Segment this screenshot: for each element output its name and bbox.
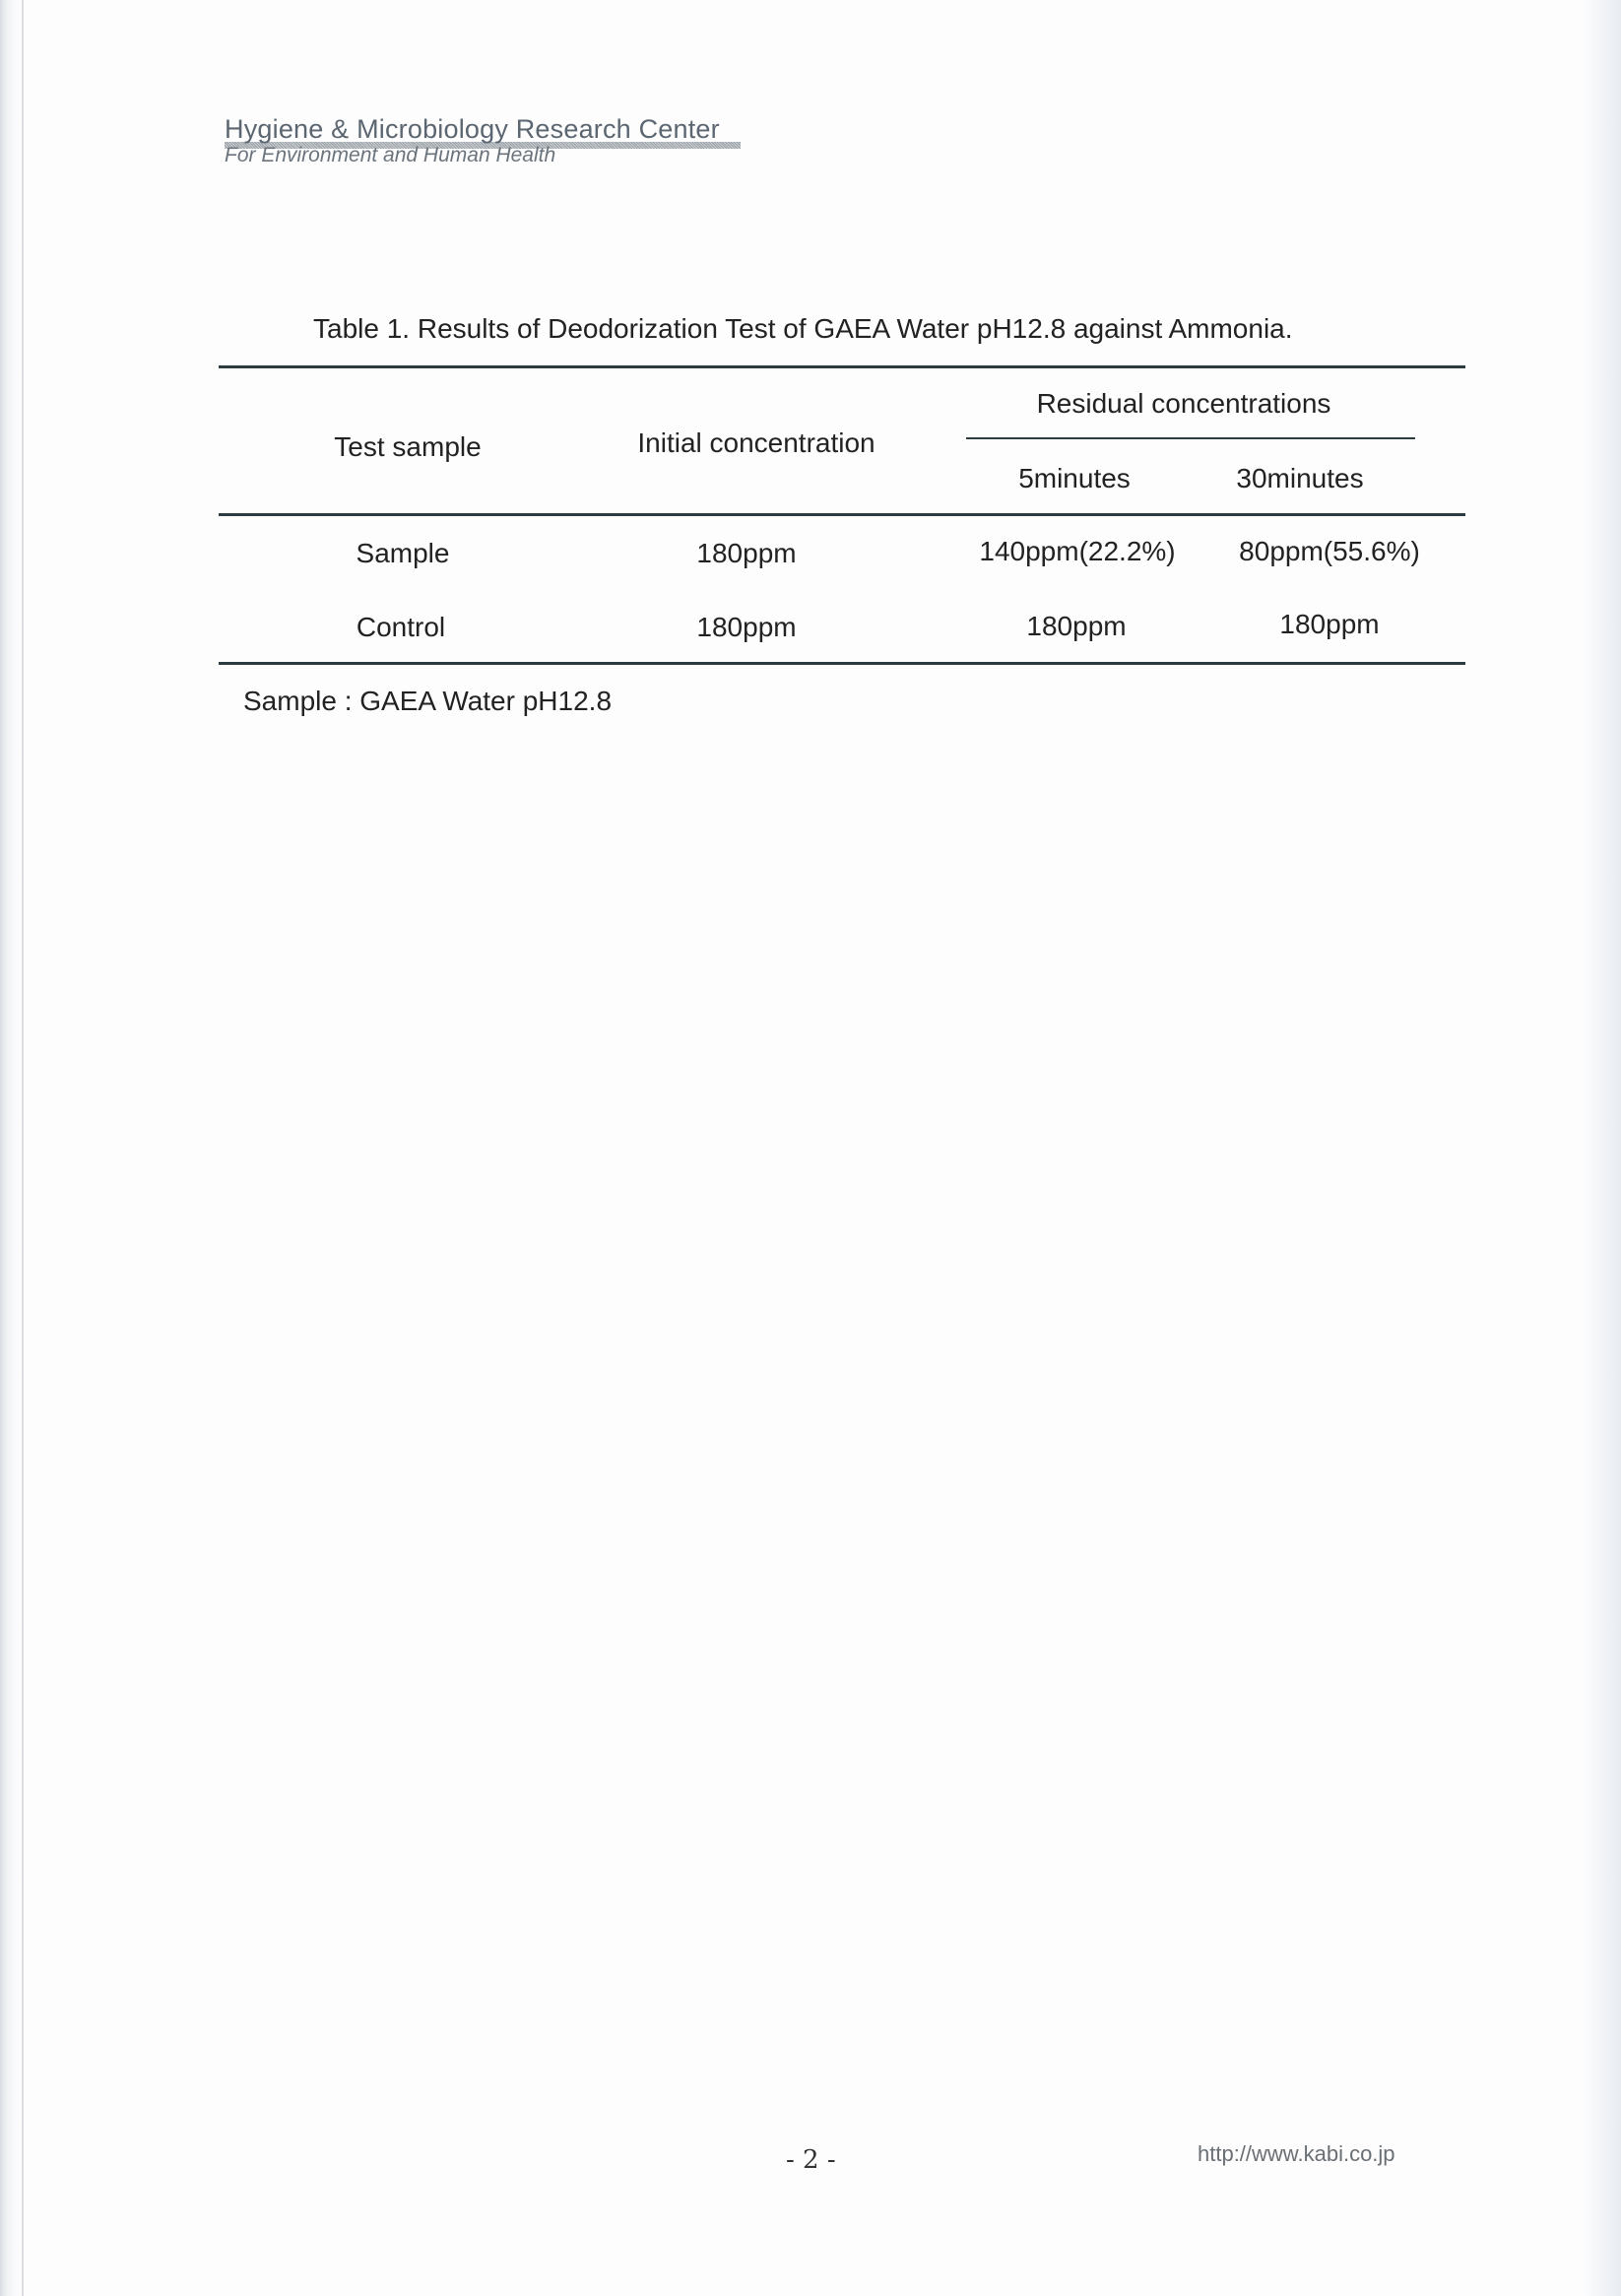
- page-number: - 2 -: [786, 2145, 836, 2175]
- row-sample-name: Sample: [357, 538, 450, 569]
- table-caption: Table 1. Results of Deodorization Test o…: [313, 313, 1293, 345]
- table-note: Sample : GAEA Water pH12.8: [243, 686, 612, 717]
- row-sample-initial: 180ppm: [696, 538, 796, 569]
- header-residual-concentrations: Residual concentrations: [1037, 388, 1331, 420]
- footer-url[interactable]: http://www.kabi.co.jp: [1198, 2141, 1395, 2167]
- scan-edge: [0, 0, 22, 2296]
- scan-shadow: [1582, 0, 1621, 2296]
- header-30-minutes: 30minutes: [1236, 463, 1363, 494]
- row-sample-30min: 80ppm(55.6%): [1239, 536, 1420, 567]
- table-top-rule: [219, 365, 1465, 368]
- header-5-minutes: 5minutes: [1018, 463, 1131, 494]
- organization-tagline: For Environment and Human Health: [225, 144, 555, 167]
- row-control-name: Control: [357, 612, 445, 643]
- row-sample-5min: 140ppm(22.2%): [979, 536, 1175, 567]
- table-header-rule: [219, 513, 1465, 516]
- header-test-sample: Test sample: [334, 431, 481, 463]
- residual-group-rule: [966, 437, 1415, 439]
- scan-edge-line: [22, 0, 24, 2296]
- table-bottom-rule: [219, 662, 1465, 665]
- row-control-5min: 180ppm: [1026, 611, 1126, 642]
- organization-name: Hygiene & Microbiology Research Center: [225, 114, 720, 145]
- row-control-initial: 180ppm: [696, 612, 796, 643]
- header-initial-concentration: Initial concentration: [637, 427, 875, 459]
- row-control-30min: 180ppm: [1279, 609, 1379, 640]
